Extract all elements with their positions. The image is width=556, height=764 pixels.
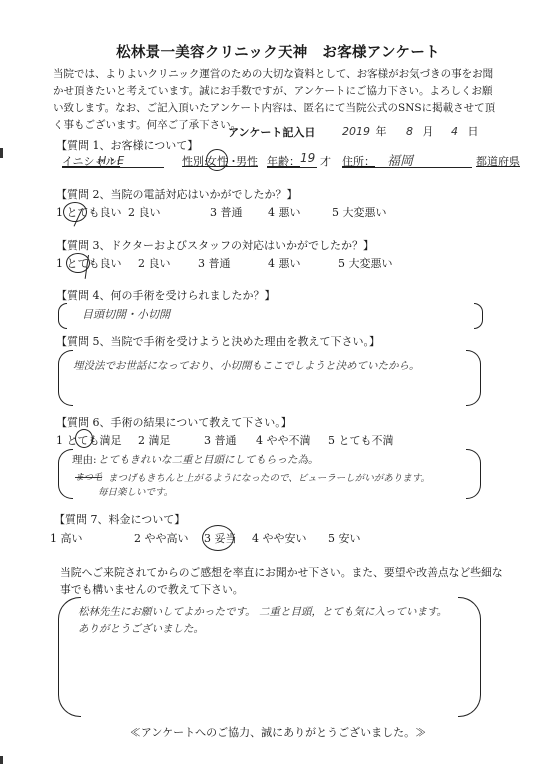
q2-option-2[interactable]: 2 良い [128,204,161,220]
date-year[interactable]: 2019 [342,125,370,138]
date-day[interactable]: 4 [451,125,458,138]
q2-option-5[interactable]: 5 大変悪い [332,204,387,220]
q6-options: 1 とても満足 2 満足 3 普通 4 やや不満 5 とても不満 [56,432,516,448]
selected-circle-mark [63,202,87,222]
date-month-unit: 月 [423,125,434,138]
q1-heading: 【質問 1、お客様について】 [56,137,198,153]
q5-answer-box-left [58,350,73,406]
date-year-unit: 年 [376,125,387,138]
survey-title: 松林景一美容クリニック天神 お客様アンケート [0,41,556,62]
date-values[interactable]: 2019 年 8 月 4 日 [342,123,479,139]
q7-options: 1 高い 2 やや高い 3 妥当 4 やや安い 5 安い [50,530,510,546]
age-underline [267,167,317,168]
selected-circle-mark [202,525,234,551]
q5-answer-box-right [466,350,481,406]
q7-option-2[interactable]: 2 やや高い [134,530,189,546]
selected-circle-mark [206,149,228,171]
scan-artifact-mark [0,148,3,158]
q6-option-2[interactable]: 2 満足 [138,432,171,448]
address-underline [342,167,472,168]
q5-heading: 【質問 5、当院で手術を受けようと決めた理由を教えて下さい。】 [56,333,380,349]
q6-heading: 【質問 6、手術の結果について教えて下さい。】 [56,414,292,430]
q6-reason-box-left [58,449,73,499]
gender-option-male[interactable]: 男性 [236,153,258,169]
q6-reason-line-3[interactable]: 毎日楽しいです。 [98,484,173,498]
q5-answer-field[interactable]: 埋没法でお世話になっており、小切開もここでしようと決めていたから。 [73,358,420,373]
q4-answer-box-right [474,303,483,329]
date-day-unit: 日 [468,125,479,138]
q6-option-3[interactable]: 3 普通 [204,432,237,448]
selected-circle-mark [75,429,93,448]
initial-underline [62,167,164,168]
gender-label: 性別: [182,153,208,169]
footer-thanks: ≪アンケートへのご協力、誠にありがとうございました。≫ [0,724,556,740]
q2-option-3[interactable]: 3 普通 [210,204,243,220]
q4-heading: 【質問 4、何の手術を受けられましたか？】 [56,287,276,303]
q7-option-1[interactable]: 1 高い [50,530,83,546]
q7-heading: 【質問 7、料金について】 [54,511,185,527]
q6-option-5[interactable]: 5 とても不満 [328,432,394,448]
date-month[interactable]: 8 [406,125,413,138]
initial-field[interactable]: H・E [98,152,124,168]
q3-option-2[interactable]: 2 良い [138,255,171,271]
comments-line-2[interactable]: ありがとうございました。 [78,621,204,636]
age-field[interactable]: 19 [300,151,315,165]
q2-options: 1 とても良い 2 良い 3 普通 4 悪い 5 大変悪い [56,204,516,220]
q6-reason-box-right [466,449,481,499]
q2-option-4[interactable]: 4 悪い [268,204,301,220]
comments-line-1[interactable]: 松林先生にお願いしてよかったです。 二重と目頭，とても気に入っています。 [78,604,447,619]
q6-reason-label: 理由: [72,452,97,467]
date-row: アンケート記入日 [228,124,315,140]
address-unit: 都道府県 [476,153,520,169]
comments-box-right [458,597,481,717]
age-unit: 才 [320,153,331,169]
q6-reason-struck-text: まつ毛 [75,470,102,483]
q3-heading: 【質問 3、ドクターおよびスタッフの対応はいかがでしたか？】 [56,237,374,253]
q7-option-4[interactable]: 4 やや安い [252,530,307,546]
q3-option-5[interactable]: 5 大変悪い [338,255,393,271]
q3-options: 1 とても良い 2 良い 3 普通 4 悪い 5 大変悪い [56,255,516,271]
q4-answer-box-left [58,303,67,329]
q3-option-4[interactable]: 4 悪い [268,255,301,271]
q4-answer-field[interactable]: 目頭切開・小切開 [82,306,170,322]
q2-heading: 【質問 2、当院の電話対応はいかがでしたか？】 [56,186,298,202]
scan-artifact-mark [0,756,3,764]
q6-option-4[interactable]: 4 やや不満 [256,432,311,448]
q3-option-3[interactable]: 3 普通 [198,255,231,271]
q7-option-5[interactable]: 5 安い [328,530,361,546]
comments-prompt: 当院へご来院されてからのご感想を率直にお聞かせ下さい。また、要望や改善点など些細… [60,564,510,598]
q6-reason-line-2[interactable]: まつげもきちんと上がるようになったので、ビューラーしがいがあります。 [108,470,430,484]
q1-fields: イニシャル: H・E 性別: 女性 ・ 男性 年齢： 19 才 住所： 福岡 都… [62,153,542,171]
q6-reason-line-1[interactable]: とてもきれいな二重と目頭にしてもらった為。 [98,452,319,467]
date-label: アンケート記入日 [228,126,315,139]
